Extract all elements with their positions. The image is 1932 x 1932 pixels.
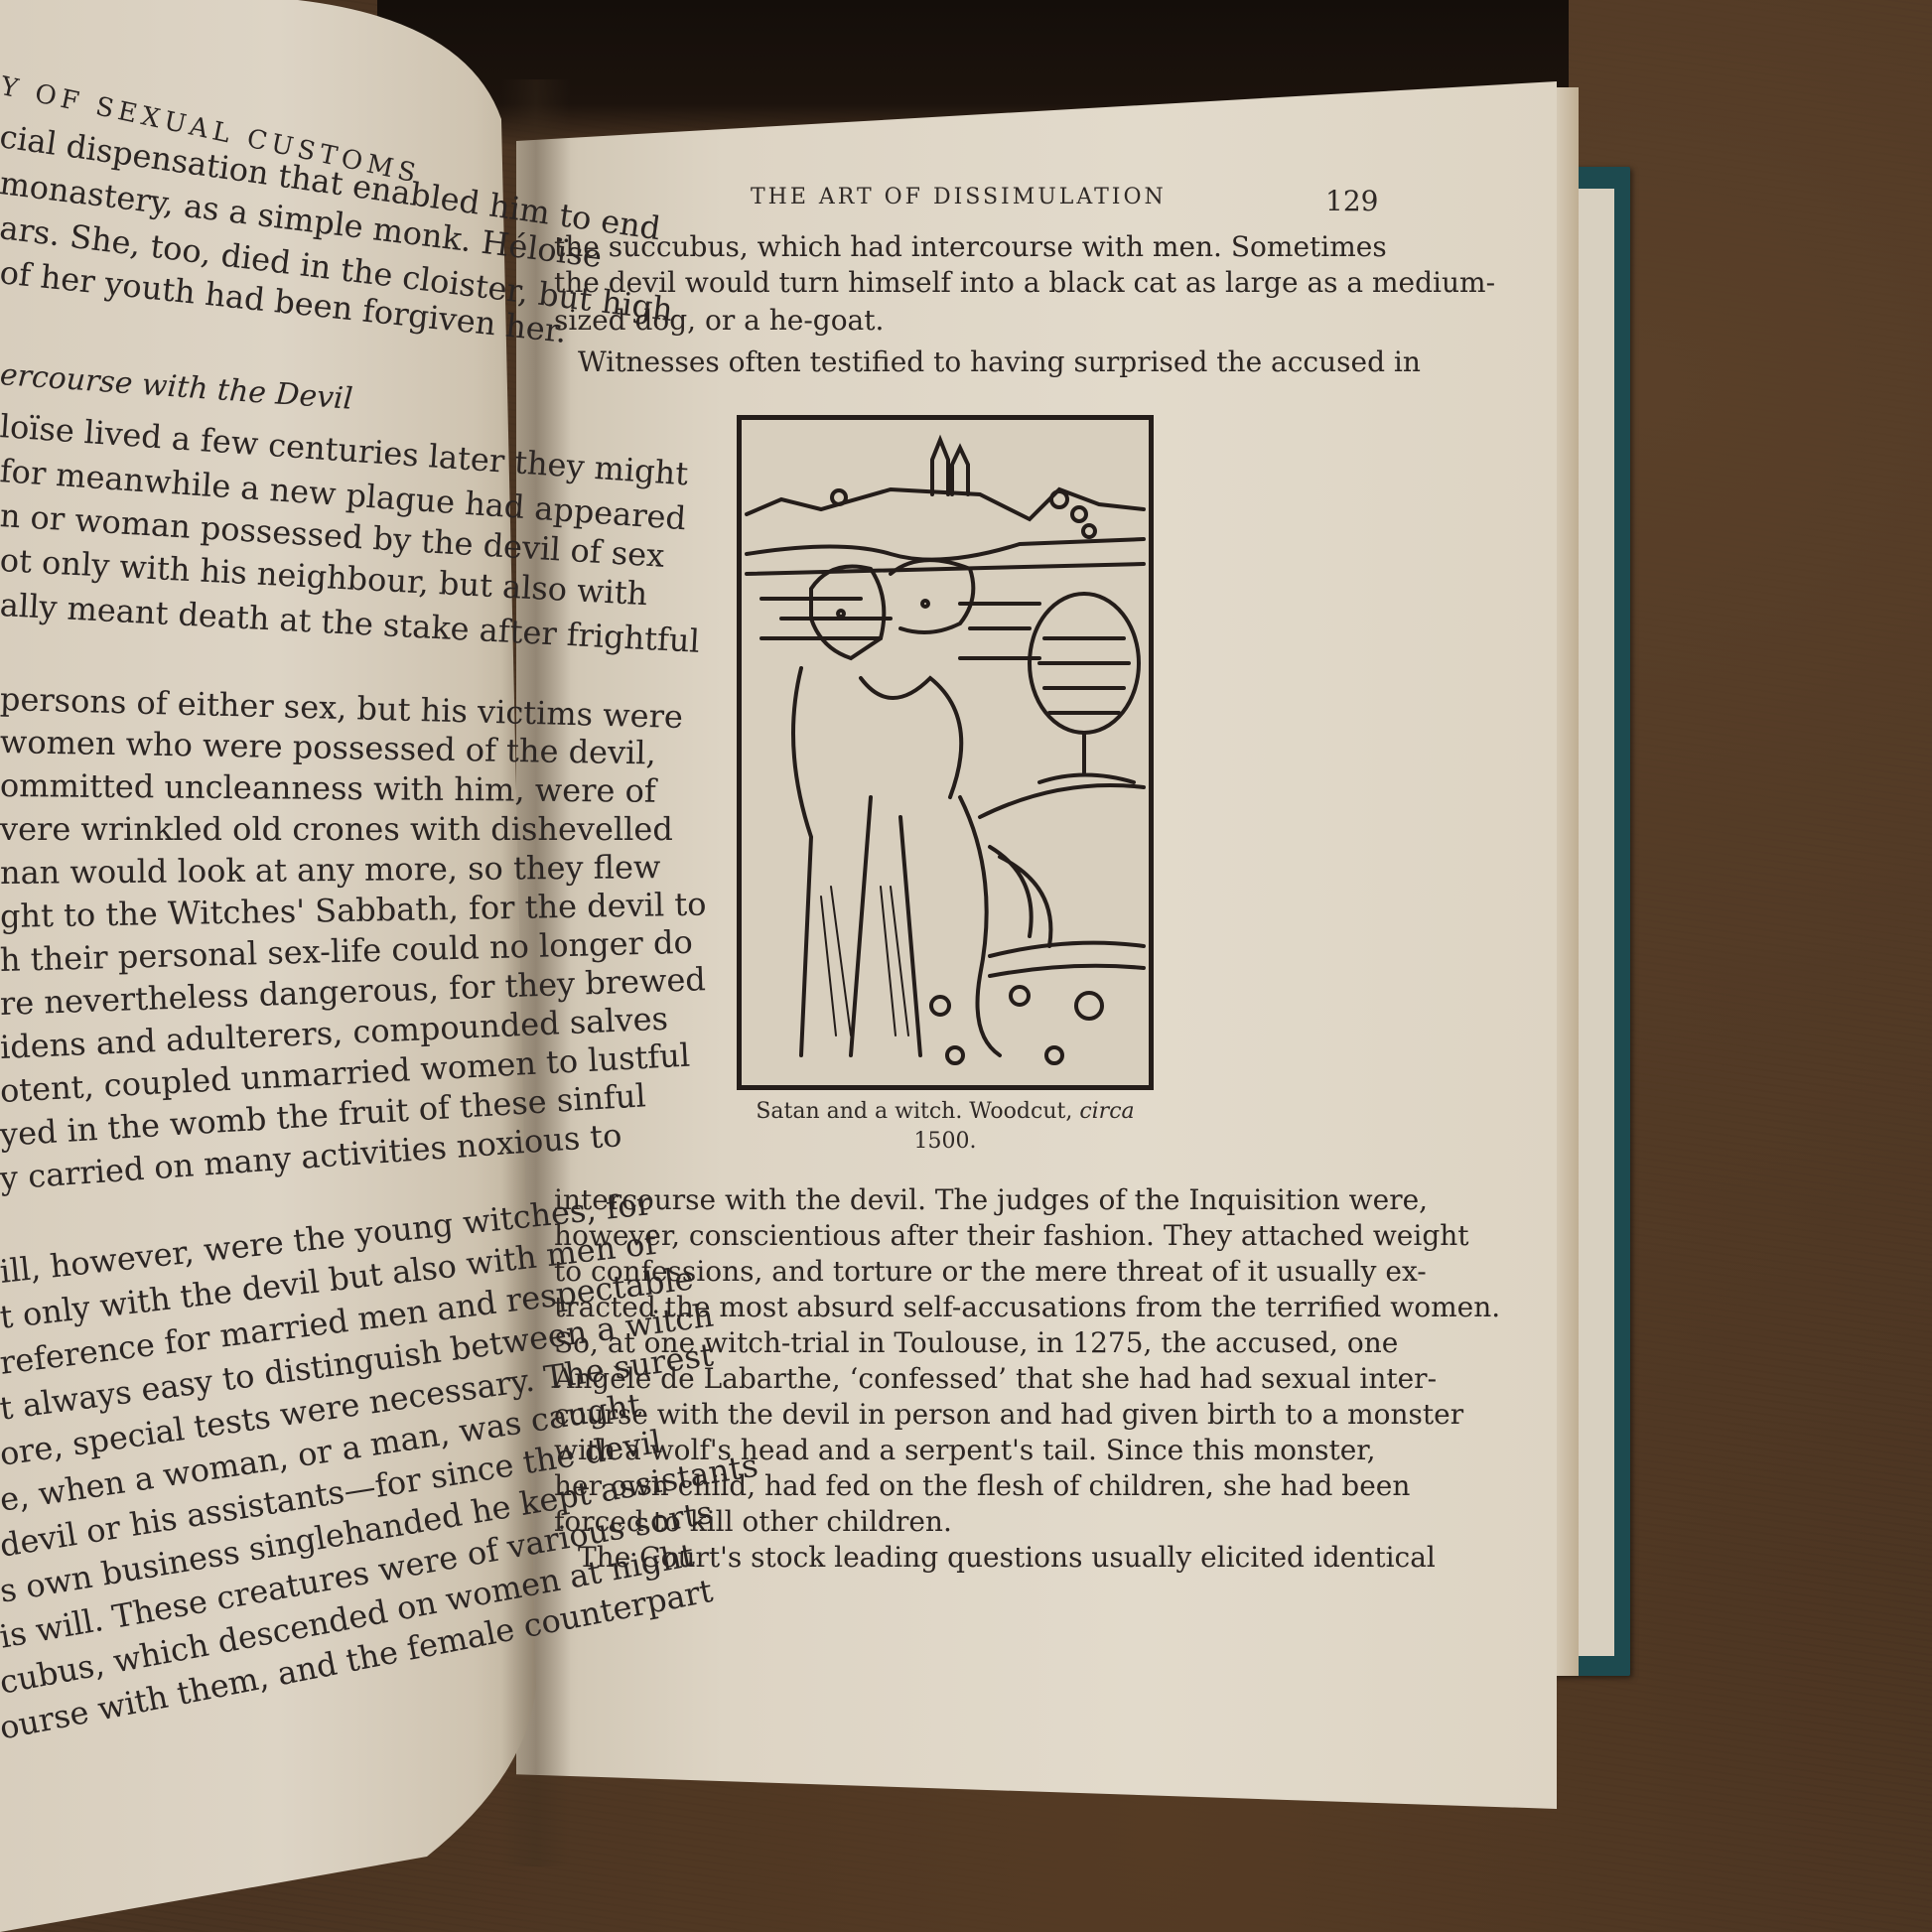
text-line: vere wrinkled old crones with dishevelle… (0, 810, 673, 848)
page-number: 129 (1325, 185, 1378, 217)
text-line: intercourse with the devil. The judges o… (554, 1183, 1370, 1217)
text-line: sized dog, or a he-goat. (554, 304, 1370, 338)
running-head-right: THE ART OF DISSIMULATION (751, 185, 1366, 209)
text-line: however, conscientious after their fashi… (554, 1219, 1370, 1253)
text-line: the devil would turn himself into a blac… (554, 266, 1370, 300)
text-line: course with the devil in person and had … (554, 1398, 1370, 1432)
caption-year: 1500. (914, 1129, 977, 1154)
text-line: Witnesses often testified to having surp… (554, 345, 1370, 379)
caption-italic: circa (1079, 1099, 1134, 1124)
text-line: nan would look at any more, so they flew (0, 848, 661, 892)
caption-text: Satan and a witch. Woodcut, (756, 1099, 1072, 1124)
figure-caption: Satan and a witch. Woodcut, circa 1500. (737, 1097, 1154, 1157)
text-line: ommitted uncleanness with him, were of (0, 766, 656, 810)
satan-and-witch-woodcut-image (742, 420, 1149, 1085)
text-line: the succubus, which had intercourse with… (554, 230, 1370, 264)
woodcut-illustration (737, 415, 1154, 1090)
